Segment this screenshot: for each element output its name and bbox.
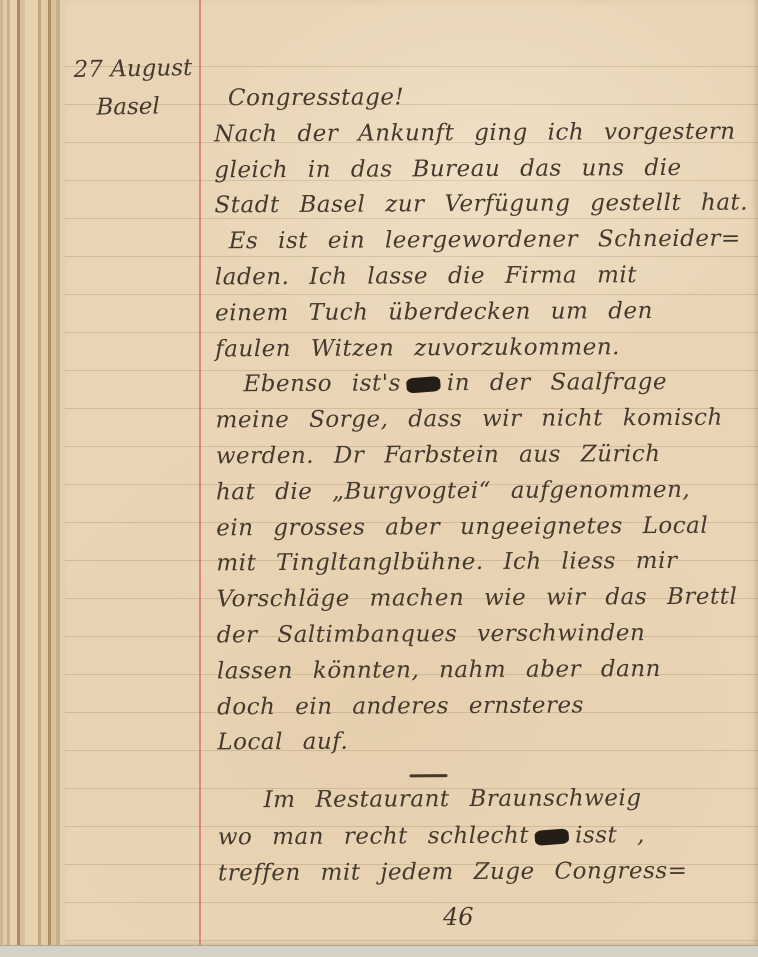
handwritten-line: wo man recht schlechtisst ,	[218, 821, 743, 860]
page-bottom-edge	[0, 945, 758, 957]
handwritten-line: werden. Dr Farbstein aus Zürich	[216, 441, 741, 480]
section-divider	[217, 763, 742, 788]
notebook-page-edges	[0, 0, 65, 946]
handwritten-line: Nach der Ankunft ging ich vorgestern	[214, 118, 739, 157]
line-text: wo man recht schlecht	[218, 822, 529, 850]
line-text: isst ,	[575, 822, 645, 848]
ink-blot-strikethrough	[535, 828, 570, 846]
divider-stroke	[409, 774, 447, 777]
handwritten-line: Congresstage!	[214, 83, 739, 122]
handwritten-line: laden. Ich lasse die Firma mit	[215, 262, 740, 301]
handwritten-line: mit Tingltanglbühne. Ich liess mir	[216, 548, 741, 587]
handwritten-line: Vorschläge machen wie wir das Brettl	[217, 584, 742, 623]
handwritten-line: meine Sorge, dass wir nicht komisch	[216, 405, 741, 444]
line-text: in der Saalfrage	[447, 369, 667, 396]
handwritten-line: einem Tuch überdecken um den	[215, 297, 740, 336]
line-text: Ebenso ist's	[243, 371, 401, 398]
handwritten-line: hat die „Burgvogtei“ aufgenommen,	[216, 476, 741, 515]
margin-note-place: Basel	[96, 87, 193, 127]
handwritten-line: Local auf.	[217, 727, 742, 766]
red-margin-rule	[199, 0, 201, 946]
margin-note: 27 August Basel	[73, 49, 193, 127]
handwritten-line: treffen mit jedem Zuge Congress=	[218, 858, 743, 897]
handwritten-line: ein grosses aber ungeeignetes Local	[216, 512, 741, 551]
margin-note-date: 27 August	[73, 49, 192, 89]
handwritten-line: der Saltimbanques verschwinden	[217, 620, 742, 659]
page-number: 46	[443, 903, 474, 931]
handwritten-line: Es ist ein leergewordener Schneider=	[215, 226, 740, 265]
handwritten-line: doch ein anderes ernsteres	[217, 691, 742, 730]
handwritten-line: gleich in das Bureau das uns die	[214, 154, 739, 193]
handwritten-line: Im Restaurant Braunschweig	[218, 785, 743, 824]
diary-page-scan: 27 August Basel Congresstage! Nach der A…	[0, 0, 758, 957]
handwriting-block: Congresstage! Nach der Ankunft ging ich …	[214, 83, 743, 897]
ink-blot-strikethrough	[406, 376, 441, 394]
handwritten-line: faulen Witzen zuvorzukommen.	[215, 333, 740, 372]
handwritten-line: Ebenso ist'sin der Saalfrage	[215, 369, 740, 408]
handwritten-line: lassen könnten, nahm aber dann	[217, 655, 742, 694]
handwritten-line: Stadt Basel zur Verfügung gestellt hat.	[214, 190, 739, 229]
